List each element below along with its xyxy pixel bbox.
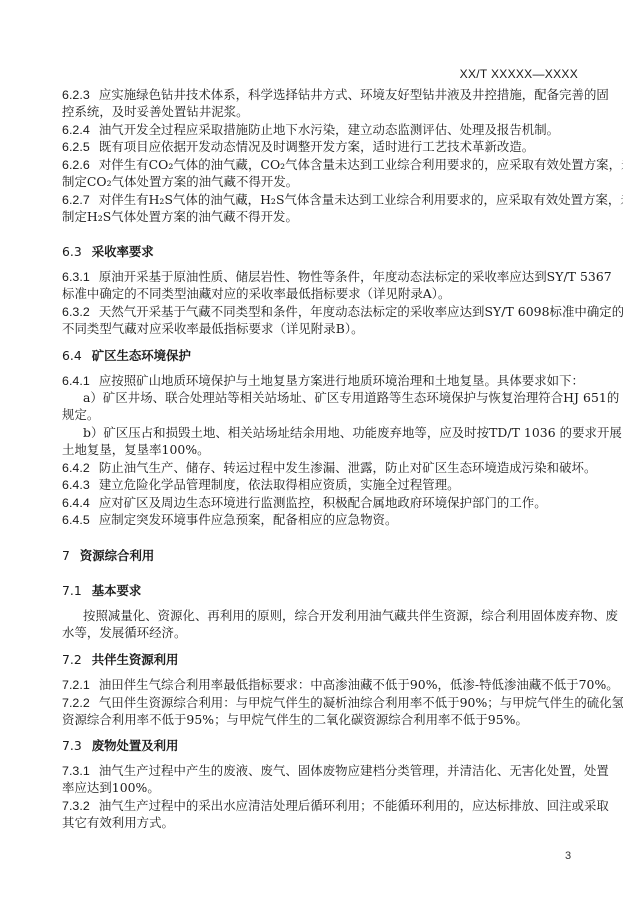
clause-continuation-line: 规定。 [62,407,582,422]
clause-number: 6.4.4 [62,496,90,510]
clause-line: 7.3.1油气生产过程中产生的废液、废气、固体废物应建档分类管理，并清洁化、无害… [62,763,582,779]
clause-number: 6.3.2 [62,305,90,319]
clause-text: 率应达到100%。 [62,780,160,795]
clause-text: 应实施绿色钻井技术体系，科学选择钻井方式、环境友好型钻井液及井控措施，配备完善的… [99,87,609,102]
clause-line: 6.2.4油气开发全过程应采取措施防止地下水污染，建立动态监测评估、处理及报告机… [62,122,582,138]
clause-continuation-line: 制定H₂S气体处置方案的油气藏不得开发。 [62,209,582,224]
clause-line: 6.4.5应制定突发环境事件应急预案，配备相应的应急物资。 [62,512,582,528]
section-title: 采收率要求 [92,244,154,259]
clause-text: 控系统，及时妥善处置钻井泥浆。 [62,104,249,119]
clause-text: 建立危险化学品管理制度，依法取得相应资质，实施全过程管理。 [99,477,460,492]
clause-number: 6.2.7 [62,193,90,207]
clause-number: 6.2.5 [62,140,90,154]
clause-number: 6.4.3 [62,478,90,492]
clause-continuation-line: a）矿区井场、联合处理站等相关站场址、矿区专用道路等生态环境保护与恢复治理符合H… [83,390,603,405]
clause-line: 7.2.1油田伴生气综合利用率最低指标要求：中高渗油藏不低于90%，低渗-特低渗… [62,677,582,693]
clause-text: 原油开采基于原油性质、储层岩性、物性等条件，年度动态法标定的采收率应达到SY/T… [99,269,612,284]
section-number: 7.1 [62,583,82,598]
clause-number: 6.3.1 [62,270,90,284]
clause-line: 7.3.2油气生产过程中的采出水应清洁处理后循环利用；不能循环利用的，应达标排放… [62,798,582,814]
clause-line: 6.4.4应对矿区及周边生态环境进行监测监控，积极配合属地政府环境保护部门的工作… [62,495,582,511]
clause-text: a）矿区井场、联合处理站等相关站场址、矿区专用道路等生态环境保护与恢复治理符合H… [83,390,619,405]
clause-text: 对伴生有CO₂气体的油气藏，CO₂气体含量未达到工业综合利用要求的，应采取有效处… [99,157,623,172]
section-heading: 7.1基本要求 [62,583,141,598]
clause-line: 6.2.6对伴生有CO₂气体的油气藏，CO₂气体含量未达到工业综合利用要求的，应… [62,157,582,173]
clause-line: 6.4.2防止油气生产、储存、转运过程中发生渗漏、泄露，防止对矿区生态环境造成污… [62,460,582,476]
clause-text: 既有项目应依据开发动态情况及时调整开发方案，适时进行工艺技术革新改造。 [99,139,534,154]
clause-text: 其它有效利用方式。 [62,815,174,830]
clause-text: 制定H₂S气体处置方案的油气藏不得开发。 [62,209,298,224]
clause-number: 6.2.6 [62,158,90,172]
clause-number: 6.4.1 [62,374,90,388]
clause-text: 应按照矿山地质环境保护与土地复垦方案进行地质环境治理和土地复垦。具体要求如下： [99,373,584,388]
section-number: 7 [62,548,70,563]
clause-continuation-line: 标准中确定的不同类型油藏对应的采收率最低指标要求（详见附录A）。 [62,286,582,301]
clause-continuation-line: 水等，发展循环经济。 [62,625,582,640]
clause-text: 防止油气生产、储存、转运过程中发生渗漏、泄露，防止对矿区生态环境造成污染和破坏。 [99,460,597,475]
clause-continuation-line: 其它有效利用方式。 [62,815,582,830]
clause-text: b）矿区压占和损毁土地、相关站场址结余用地、功能废弃地等，应及时按TD/T 10… [83,425,622,440]
clause-line: 6.2.3应实施绿色钻井技术体系，科学选择钻井方式、环境友好型钻井液及井控措施，… [62,87,582,103]
section-number: 6.3 [62,244,82,259]
section-heading: 7资源综合利用 [62,548,154,563]
clause-text: 油气生产过程中的采出水应清洁处理后循环利用；不能循环利用的，应达标排放、回注或采… [99,798,609,813]
clause-text: 应制定突发环境事件应急预案，配备相应的应急物资。 [99,512,398,527]
clause-text: 油田伴生气综合利用率最低指标要求：中高渗油藏不低于90%，低渗-特低渗油藏不低于… [99,677,619,692]
clause-text: 规定。 [62,407,99,422]
clause-number: 6.2.3 [62,88,90,102]
clause-text: 土地复垦，复垦率100%。 [62,442,210,457]
clause-number: 6.4.2 [62,461,90,475]
section-heading: 7.3废物处置及利用 [62,738,178,753]
clause-continuation-line: b）矿区压占和损毁土地、相关站场址结余用地、功能废弃地等，应及时按TD/T 10… [83,425,603,440]
clause-continuation-line: 按照减量化、资源化、再利用的原则，综合开发利用油气藏共伴生资源，综合利用固体废弃… [83,608,603,623]
page-number: 3 [565,850,571,862]
clause-text: 应对矿区及周边生态环境进行监测监控，积极配合属地政府环境保护部门的工作。 [99,495,547,510]
section-number: 7.2 [62,652,82,667]
clause-number: 6.2.4 [62,123,90,137]
clause-text: 油气开发全过程应采取措施防止地下水污染，建立动态监测评估、处理及报告机制。 [99,122,559,137]
clause-text: 制定CO₂气体处置方案的油气藏不得开发。 [62,174,298,189]
clause-line: 6.3.2天然气开采基于气藏不同类型和条件，年度动态法标定的采收率应达到SY/T… [62,304,582,320]
clause-text: 不同类型气藏对应采收率最低指标要求（详见附录B）。 [62,321,364,336]
clause-text: 水等，发展循环经济。 [62,625,186,640]
section-heading: 7.2共伴生资源利用 [62,652,178,667]
clause-line: 6.2.5既有项目应依据开发动态情况及时调整开发方案，适时进行工艺技术革新改造。 [62,139,582,155]
clause-text: 标准中确定的不同类型油藏对应的采收率最低指标要求（详见附录A）。 [62,286,450,301]
clause-text: 按照减量化、资源化、再利用的原则，综合开发利用油气藏共伴生资源，综合利用固体废弃… [83,608,618,623]
clause-number: 7.3.1 [62,764,90,778]
clause-continuation-line: 资源综合利用率不低于95%；与甲烷气伴生的二氧化碳资源综合利用率不低于95%。 [62,712,582,727]
clause-line: 6.4.1应按照矿山地质环境保护与土地复垦方案进行地质环境治理和土地复垦。具体要… [62,373,582,389]
clause-continuation-line: 制定CO₂气体处置方案的油气藏不得开发。 [62,174,582,189]
clause-text: 天然气开采基于气藏不同类型和条件，年度动态法标定的采收率应达到SY/T 6098… [99,304,623,319]
section-number: 7.3 [62,738,82,753]
clause-line: 6.2.7对伴生有H₂S气体的油气藏，H₂S气体含量未达到工业综合利用要求的，应… [62,192,582,208]
clause-number: 7.2.2 [62,696,90,710]
clause-continuation-line: 土地复垦，复垦率100%。 [62,442,582,457]
clause-number: 7.3.2 [62,799,90,813]
clause-continuation-line: 控系统，及时妥善处置钻井泥浆。 [62,104,582,119]
clause-continuation-line: 率应达到100%。 [62,780,582,795]
section-title: 资源综合利用 [80,548,154,563]
section-title: 废物处置及利用 [92,738,179,753]
section-title: 基本要求 [92,583,142,598]
section-number: 6.4 [62,348,82,363]
section-heading: 6.3采收率要求 [62,244,154,259]
section-title: 矿区生态环境保护 [92,348,191,363]
clause-continuation-line: 不同类型气藏对应采收率最低指标要求（详见附录B）。 [62,321,582,336]
clause-line: 7.2.2气田伴生资源综合利用：与甲烷气伴生的凝析油综合利用率不低于90%；与甲… [62,695,582,711]
section-heading: 6.4矿区生态环境保护 [62,348,191,363]
clause-number: 7.2.1 [62,678,90,692]
clause-number: 6.4.5 [62,513,90,527]
clause-text: 油气生产过程中产生的废液、废气、固体废物应建档分类管理，并清洁化、无害化处置，处… [99,763,609,778]
clause-line: 6.3.1原油开采基于原油性质、储层岩性、物性等条件，年度动态法标定的采收率应达… [62,269,582,285]
clause-text: 资源综合利用率不低于95%；与甲烷气伴生的二氧化碳资源综合利用率不低于95%。 [62,712,528,727]
section-title: 共伴生资源利用 [92,652,179,667]
document-code-header: XX/T XXXXX—XXXX [460,67,578,81]
clause-line: 6.4.3建立危险化学品管理制度，依法取得相应资质，实施全过程管理。 [62,477,582,493]
clause-text: 气田伴生资源综合利用：与甲烷气伴生的凝析油综合利用率不低于90%；与甲烷气伴生的… [99,695,623,710]
clause-text: 对伴生有H₂S气体的油气藏，H₂S气体含量未达到工业综合利用要求的，应采取有效处… [99,192,623,207]
